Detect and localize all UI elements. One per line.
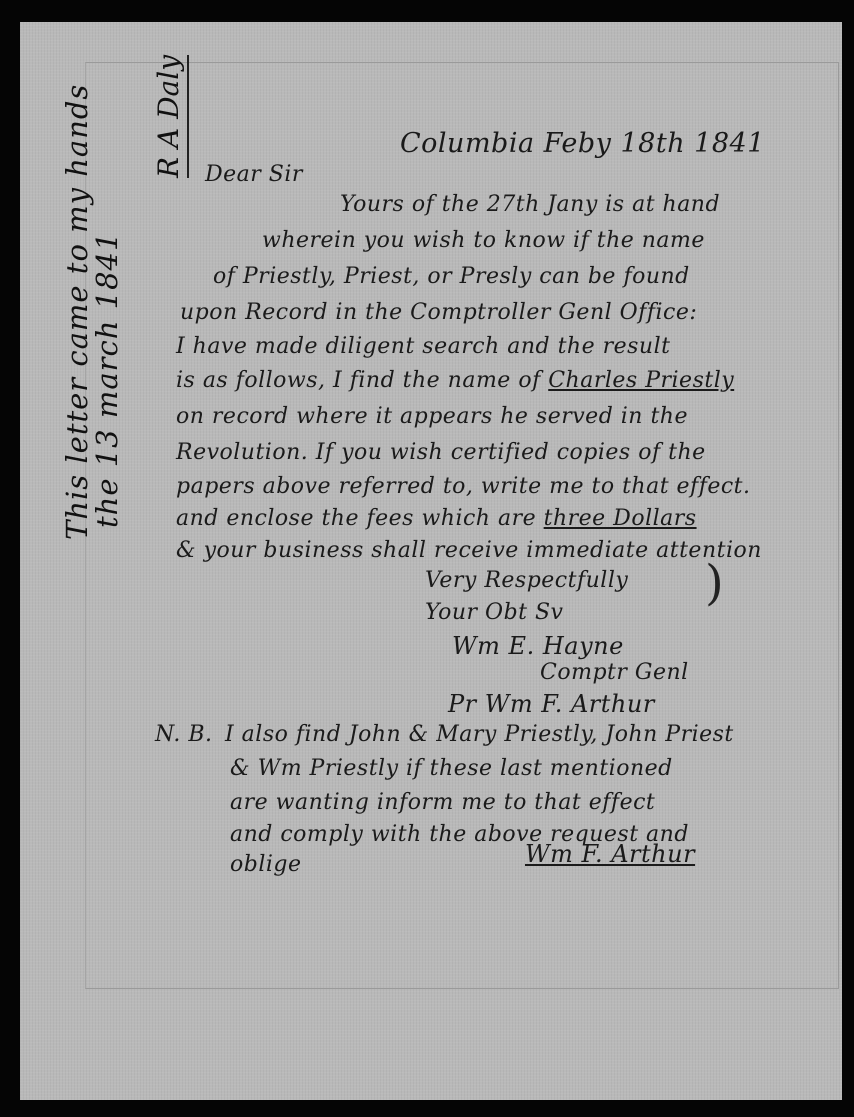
servant-line: Your Obt Sv [425,600,564,625]
underlined-name: Charles Priestly [548,368,734,393]
salutation: Dear Sir [205,162,303,187]
per-signature: Pr Wm F. Arthur [448,690,655,718]
body-line-10-text: and enclose the fees which are [176,506,536,531]
body-line-7: on record where it appears he served in … [176,404,688,429]
signer-title: Comptr Genl [540,660,689,685]
body-line-8: Revolution. If you wish certified copies… [176,440,706,465]
body-line-3: of Priestly, Priest, or Presly can be fo… [213,264,690,289]
signer: Wm E. Hayne [452,632,624,660]
closing-brace: ) [705,555,724,611]
margin-note-line-1: This letter came to my hands [62,84,92,540]
margin-note: This letter came to my hands the 13 marc… [62,84,122,560]
postscript-label: N. B. [155,722,213,747]
body-line-6-text: is as follows, I find the name of [176,368,541,393]
body-line-10: and enclose the fees which are three Dol… [176,506,697,531]
underlined-fee: three Dollars [544,506,697,531]
postscript-signature: Wm F. Arthur [525,840,695,868]
body-line-11: & your business shall receive immediate … [176,538,762,563]
postscript-line-1: I also find John & Mary Priestly, John P… [225,722,734,747]
dateline: Columbia Feby 18th 1841 [400,128,765,159]
body-line-9: papers above referred to, write me to th… [176,474,751,499]
body-line-2: wherein you wish to know if the name [262,228,705,253]
body-line-1: Yours of the 27th Jany is at hand [340,192,720,217]
body-line-6: is as follows, I find the name of Charle… [176,368,734,393]
body-line-5: I have made diligent search and the resu… [176,334,670,359]
postscript-line-5: oblige [230,852,302,877]
valediction: Very Respectfully [425,568,628,593]
body-line-4: upon Record in the Comptroller Genl Offi… [180,300,697,325]
postscript-line-3: are wanting inform me to that effect [230,790,655,815]
margin-note-line-2: the 13 march 1841 [92,84,122,528]
postscript-line-2: & Wm Priestly if these last mentioned [230,756,673,781]
margin-note-signature: R A Daly [152,55,189,178]
